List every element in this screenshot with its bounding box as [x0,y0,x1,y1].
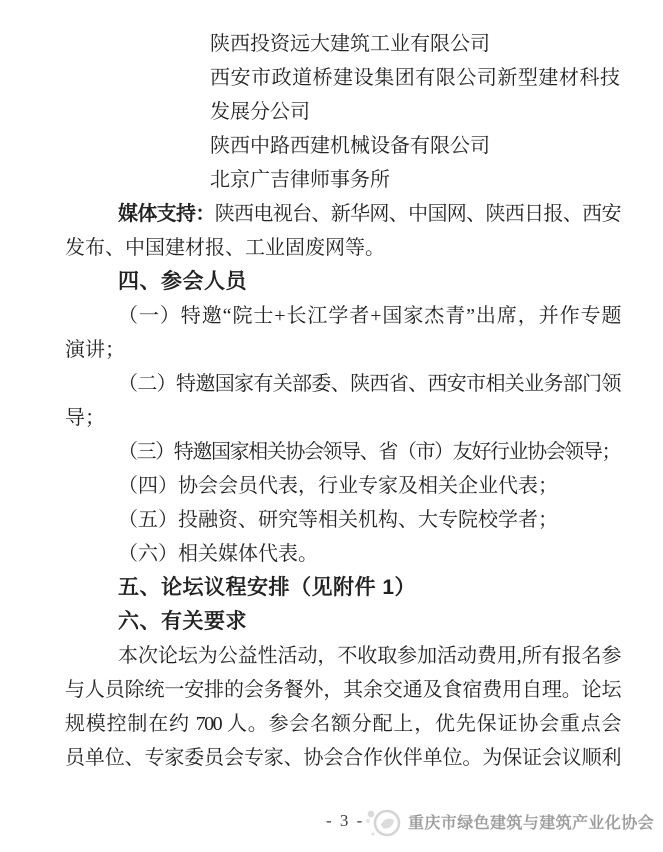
list-item-1-line-2: 演讲； [65,333,620,367]
paragraph-line: 与人员除统一安排的会务餐外，其余交通及食宿费用自理。论坛 [65,673,620,707]
page-number: - 3 - [326,806,364,836]
list-item-4: （四）协会会员代表，行业专家及相关企业代表； [65,469,620,503]
section-heading-attendees: 四、参会人员 [65,265,620,299]
document-body: 陕西投资远大建筑工业有限公司 西安市政道桥建设集团有限公司新型建材科技 发展分公… [65,27,620,775]
supporting-unit-line: 陕西中路西建机械设备有限公司 [210,129,620,163]
paragraph-line: 员单位、专家委员会专家、协会合作伙伴单位。为保证会议顺利 [65,741,620,775]
list-item-3: （三）特邀国家相关协会领导、省（市）友好行业协会领导； [65,435,620,469]
list-item-5: （五）投融资、研究等相关机构、大专院校学者； [65,503,620,537]
paragraph-line: 本次论坛为公益性活动，不收取参加活动费用,所有报名参 [65,639,620,673]
association-seal-icon [364,807,402,839]
list-item-2-line-1: （二）特邀国家有关部委、陕西省、西安市相关业务部门领 [65,367,620,401]
document-page: 陕西投资远大建筑工业有限公司 西安市政道桥建设集团有限公司新型建材科技 发展分公… [0,0,663,852]
list-item-6: （六）相关媒体代表。 [65,537,620,571]
supporting-unit-line: 北京广吉律师事务所 [210,163,620,197]
list-item-1-line-1: （一）特邀“院士+长江学者+国家杰青”出席，并作专题 [65,299,620,333]
media-support-line: 媒体支持：陕西电视台、新华网、中国网、陕西日报、西安 [65,197,620,231]
section-heading-requirements: 六、有关要求 [65,605,620,639]
supporting-unit-line: 陕西投资远大建筑工业有限公司 [210,27,620,61]
paragraph-line: 规模控制在约 700 人。参会名额分配上，优先保证协会重点会 [65,707,620,741]
media-support-line-2: 发布、中国建材报、工业固废网等。 [65,231,620,265]
supporting-unit-line: 西安市政道桥建设集团有限公司新型建材科技 [210,61,620,95]
media-support-label: 媒体支持： [118,203,215,225]
association-watermark: 重庆市绿色建筑与建筑产业化协会 [408,809,654,839]
list-item-2-line-2: 导； [65,401,620,435]
media-support-text: 陕西电视台、新华网、中国网、陕西日报、西安 [215,203,620,225]
section-heading-agenda: 五、论坛议程安排（见附件 1） [65,571,620,605]
supporting-unit-line: 发展分公司 [210,95,620,129]
